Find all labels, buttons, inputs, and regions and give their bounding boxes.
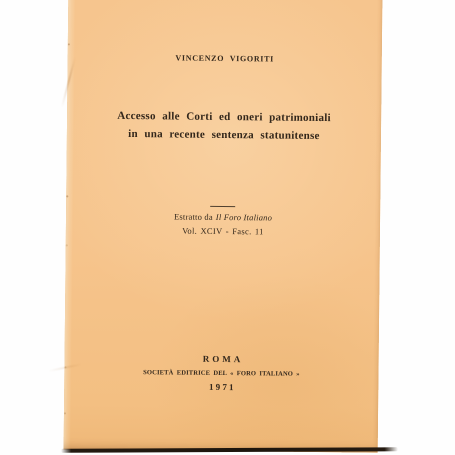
paper-crease (61, 57, 76, 108)
paper-speckle (64, 412, 66, 414)
work-title: Accesso alle Corti ed oneri patrimoniali… (67, 106, 381, 145)
separator-rule (210, 206, 235, 207)
paper-speckle (66, 195, 68, 197)
offprint-cover-page: VINCENZO VIGORITI Accesso alle Corti ed … (64, 0, 383, 453)
offprint-note-prefix: Estratto da (174, 211, 213, 221)
paper-speckle (66, 244, 68, 246)
scan-background: VINCENZO VIGORITI Accesso alle Corti ed … (0, 0, 455, 455)
title-line-2: in una recente sentenza statunitense (67, 124, 381, 145)
journal-name: Il Foro Italiano (216, 212, 272, 223)
publisher-name: SOCIETÀ EDITRICE DEL « FORO ITALIANO » (64, 368, 378, 378)
volume-issue: Vol. XCIV - Fasc. 11 (66, 224, 380, 237)
publication-year: 1971 (64, 380, 378, 393)
paper-speckle (64, 366, 66, 368)
offprint-note: Estratto daIl Foro Italiano (66, 210, 380, 223)
paper-speckle (68, 43, 70, 45)
publisher-city: ROMA (65, 352, 379, 365)
author-name: VINCENZO VIGORITI (68, 52, 382, 64)
